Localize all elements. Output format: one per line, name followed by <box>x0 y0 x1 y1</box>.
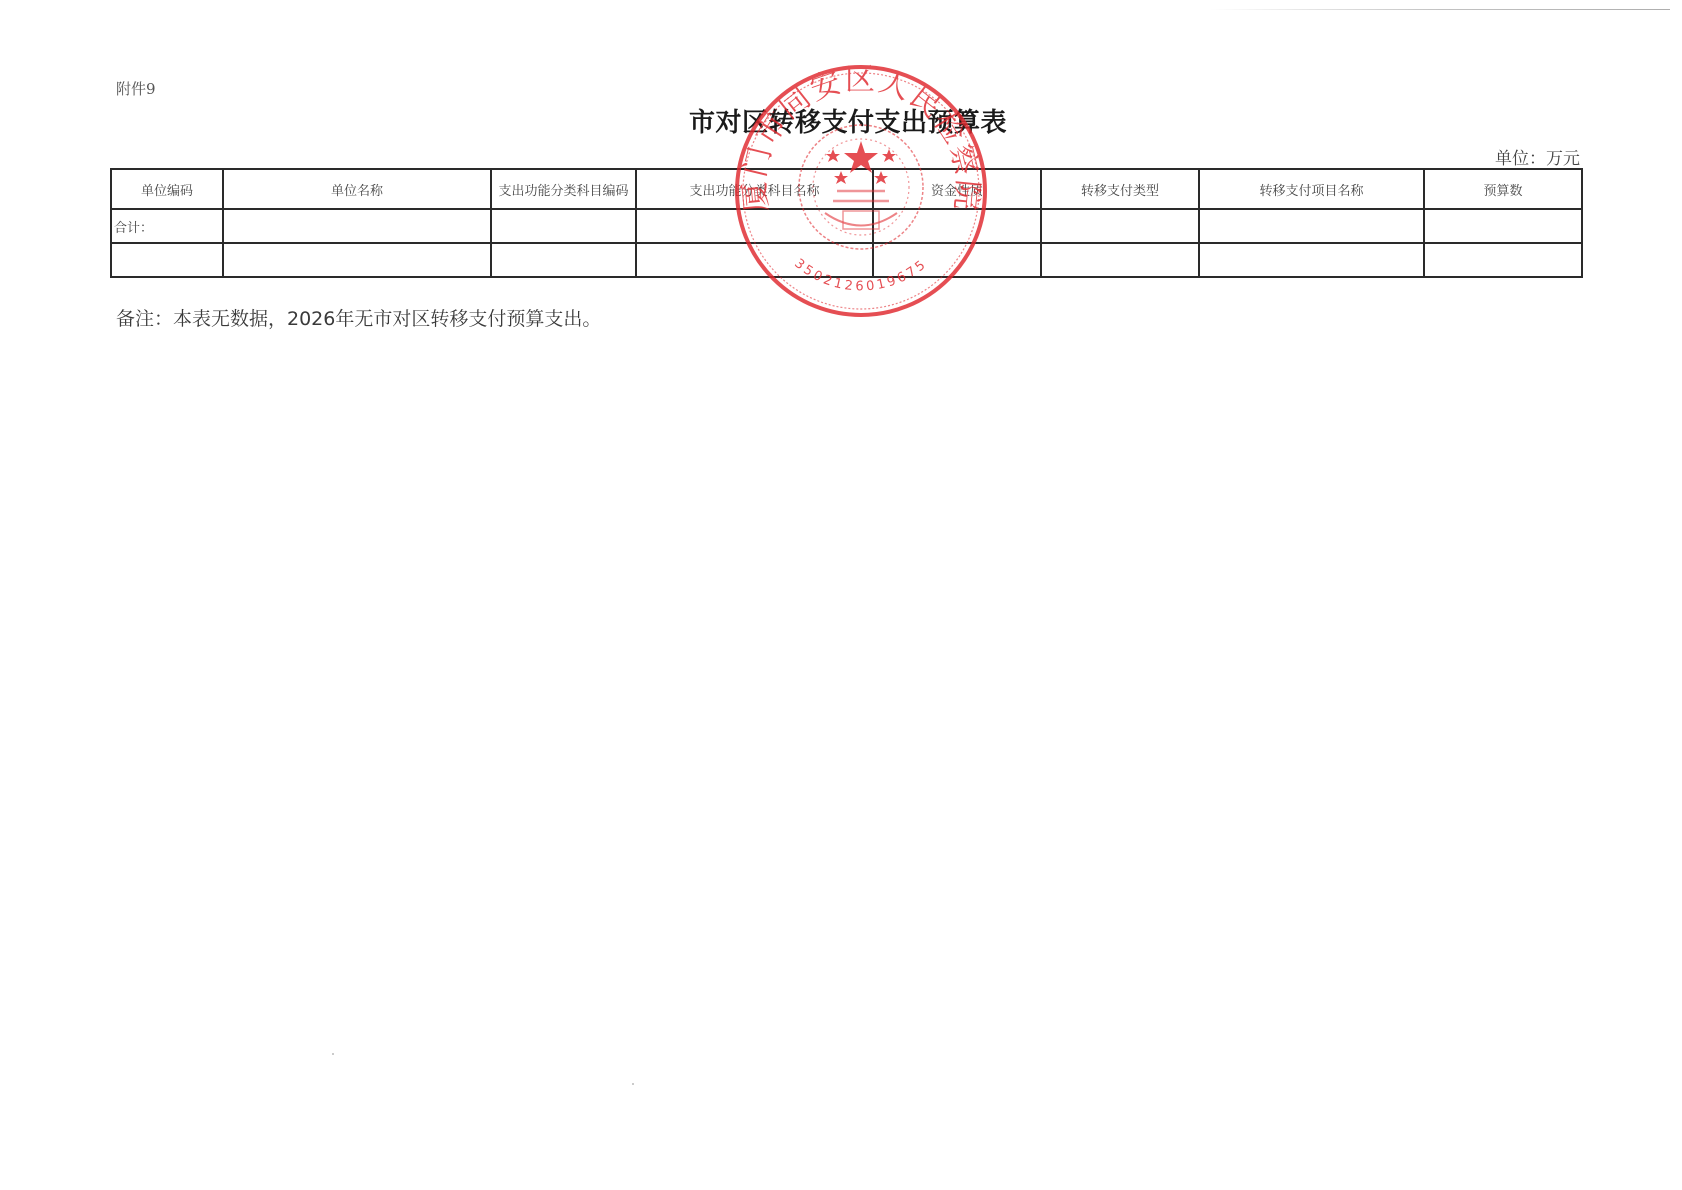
table-cell <box>1199 209 1424 243</box>
table-header-row: 单位编码 单位名称 支出功能分类科目编码 支出功能分类科目名称 资金性质 转移支… <box>111 169 1582 209</box>
footnote: 备注：本表无数据，2026年无市对区转移支付预算支出。 <box>116 304 601 331</box>
column-header-project-name: 转移支付项目名称 <box>1199 169 1424 209</box>
scan-speck <box>632 1083 634 1085</box>
table-cell <box>636 209 873 243</box>
table-cell <box>111 243 223 277</box>
table-cell <box>873 243 1041 277</box>
column-header-transfer-type: 转移支付类型 <box>1041 169 1199 209</box>
scan-artifact-line <box>1210 9 1670 10</box>
table-cell <box>1041 243 1199 277</box>
table-cell <box>491 209 636 243</box>
table-cell <box>223 209 491 243</box>
unit-label: 单位：万元 <box>1495 144 1580 169</box>
table-cell <box>873 209 1041 243</box>
table-row-total: 合计： <box>111 209 1582 243</box>
table-row <box>111 243 1582 277</box>
attachment-label: 附件9 <box>116 78 156 99</box>
scan-speck <box>332 1053 334 1055</box>
column-header-budget-amount: 预算数 <box>1424 169 1582 209</box>
column-header-unit-code: 单位编码 <box>111 169 223 209</box>
column-header-fund-nature: 资金性质 <box>873 169 1041 209</box>
column-header-function-name: 支出功能分类科目名称 <box>636 169 873 209</box>
table-cell <box>636 243 873 277</box>
budget-table: 单位编码 单位名称 支出功能分类科目编码 支出功能分类科目名称 资金性质 转移支… <box>110 168 1583 278</box>
column-header-unit-name: 单位名称 <box>223 169 491 209</box>
total-label-cell: 合计： <box>111 209 223 243</box>
page-title-text: 市对区转移支付支出预算表 <box>689 108 1007 138</box>
page-title: 市对区转移支付支出预算表 <box>0 102 1682 139</box>
column-header-function-code: 支出功能分类科目编码 <box>491 169 636 209</box>
table-cell <box>1424 209 1582 243</box>
table-cell <box>1041 209 1199 243</box>
table-cell <box>491 243 636 277</box>
table-cell <box>1199 243 1424 277</box>
table-cell <box>223 243 491 277</box>
table-cell <box>1424 243 1582 277</box>
